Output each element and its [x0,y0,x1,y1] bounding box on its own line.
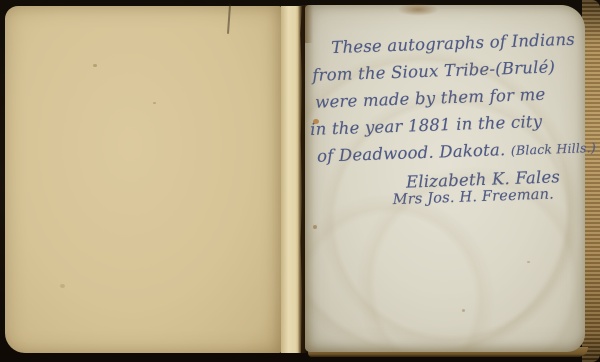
stain [397,3,439,16]
foxing-speck [153,102,156,104]
open-autograph-book-photo: These autographs of Indians from the Sio… [0,0,600,362]
stain [305,5,313,43]
signature-mrs-freeman: Mrs Jos. H. Freeman. [392,185,587,219]
foxing-speck [462,309,465,312]
foxing-speck [527,261,530,263]
page-crease [227,4,231,34]
foxing-speck [93,64,97,67]
inscription-line-5-note: (Black Hills.) [511,140,597,158]
foxing-speck [313,225,317,229]
handwritten-inscription: These autographs of Indians from the Sio… [307,29,587,221]
left-blank-page [5,6,282,353]
foxing-speck [60,284,65,288]
right-inscribed-page: These autographs of Indians from the Sio… [305,5,585,352]
